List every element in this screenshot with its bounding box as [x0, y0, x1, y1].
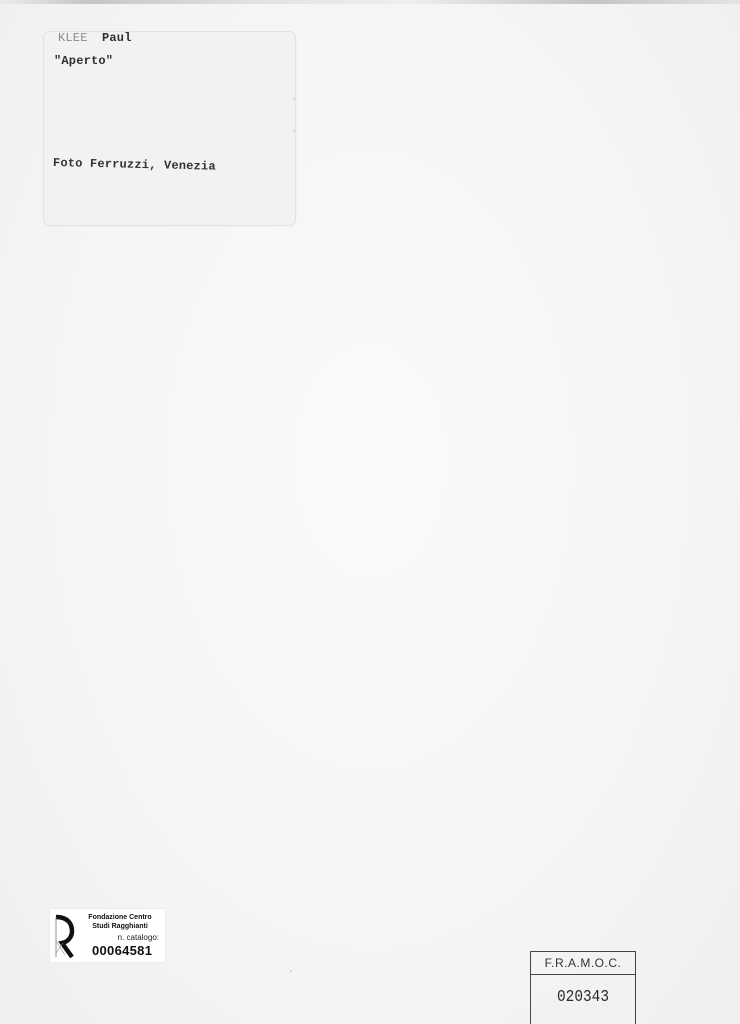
artist-first-name: Paul — [102, 31, 132, 45]
artwork-title: "Aperto" — [54, 54, 113, 68]
speck — [290, 970, 292, 972]
foundation-name-line2: Studi Ragghianti — [78, 922, 162, 931]
artist-last-name: KLEE — [58, 31, 88, 45]
foundation-name-line1: Fondazione Centro — [78, 913, 162, 922]
speck — [293, 98, 295, 100]
ragghianti-r-logo-icon — [53, 913, 75, 959]
catalog-number: 00064581 — [92, 943, 152, 958]
scan-top-edge — [0, 0, 740, 4]
framoc-header: F.R.A.M.O.C. — [531, 952, 635, 975]
framoc-stamp: F.R.A.M.O.C. 020343 — [530, 951, 636, 1024]
foundation-name: Fondazione Centro Studi Ragghianti — [78, 913, 162, 931]
ragghianti-catalog-sticker: Fondazione Centro Studi Ragghianti n. ca… — [50, 909, 165, 962]
framoc-number: 020343 — [539, 988, 627, 1007]
catalog-label: n. catalogo: — [118, 933, 159, 942]
photo-back-page: KLEE Paul "Aperto" Foto Ferruzzi, Venezi… — [0, 0, 740, 1024]
speck — [293, 130, 295, 132]
